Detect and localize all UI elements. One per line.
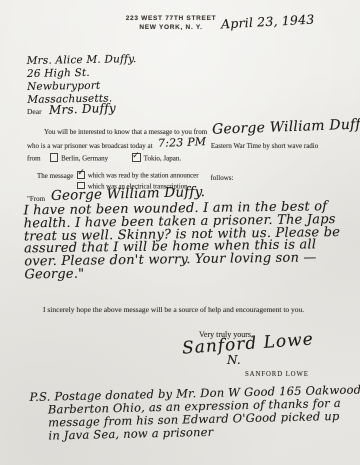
option-announcer: ✓which was read by the station announcer [77, 170, 198, 181]
postscript: P.S. Postage donated by Mr. Don W Good 1… [29, 383, 360, 443]
berlin-checkbox [50, 153, 59, 162]
broadcast-text: who is a war prisoner was broadcast toda… [27, 142, 153, 150]
scanned-letter-page: 223 WEST 77TH STREET NEW YORK, N. Y. Apr… [0, 0, 360, 465]
salutation: DearMrs. Duffy [27, 101, 115, 119]
signature-initial: N. [227, 353, 241, 367]
announcer-label: which was read by the station announcer [88, 173, 199, 180]
hope-line: I sincerely hope the above message will … [43, 305, 304, 314]
checkmark-icon: ✓ [77, 169, 85, 178]
form-broadcast-line: who is a war prisoner was broadcast toda… [27, 138, 318, 151]
recipient-address: Mrs. Alice M. Duffy. 26 High St. Newbury… [27, 53, 138, 107]
follows-label: follows: [210, 174, 233, 182]
checkmark-icon: ✓ [132, 151, 140, 161]
from-label: from [27, 155, 41, 163]
berlin-label: Berlin, Germany [61, 155, 108, 163]
salutation-label: Dear [27, 107, 42, 116]
message-label: The message [37, 172, 73, 180]
tokio-label: Tokio, Japan. [144, 155, 181, 163]
letterhead: 223 WEST 77TH STREET NEW YORK, N. Y. [116, 15, 226, 32]
letterhead-city: NEW YORK, N. Y. [116, 24, 226, 33]
announcer-checkbox: ✓ [77, 171, 85, 179]
date-handwritten: April 23, 1943 [221, 12, 315, 32]
prisoner-name-fill: George William Duffy. [212, 116, 360, 138]
from-prefix: "From [27, 195, 45, 203]
salutation-name-handwritten: Mrs. Duffy [48, 101, 115, 117]
handwritten-message: I have not been wounded. I am in the bes… [23, 201, 360, 283]
recipient-name-line: Mrs. Alice M. Duffy. [27, 53, 137, 68]
letterhead-street: 223 WEST 77TH STREET [116, 15, 226, 24]
intro-text: You will be interested to know that a me… [44, 128, 207, 136]
broadcast-time-fill: 7:23 PM [157, 135, 206, 150]
signature-typed-name: SANFORD LOWE [245, 371, 309, 378]
message-line: George." [24, 265, 360, 283]
tokio-checkbox: ✓ [132, 153, 141, 162]
form-origin-line: fromBerlin, Germany✓Tokio, Japan. [27, 152, 181, 163]
war-time-text: Eastern War Time by short wave radio [211, 142, 318, 150]
